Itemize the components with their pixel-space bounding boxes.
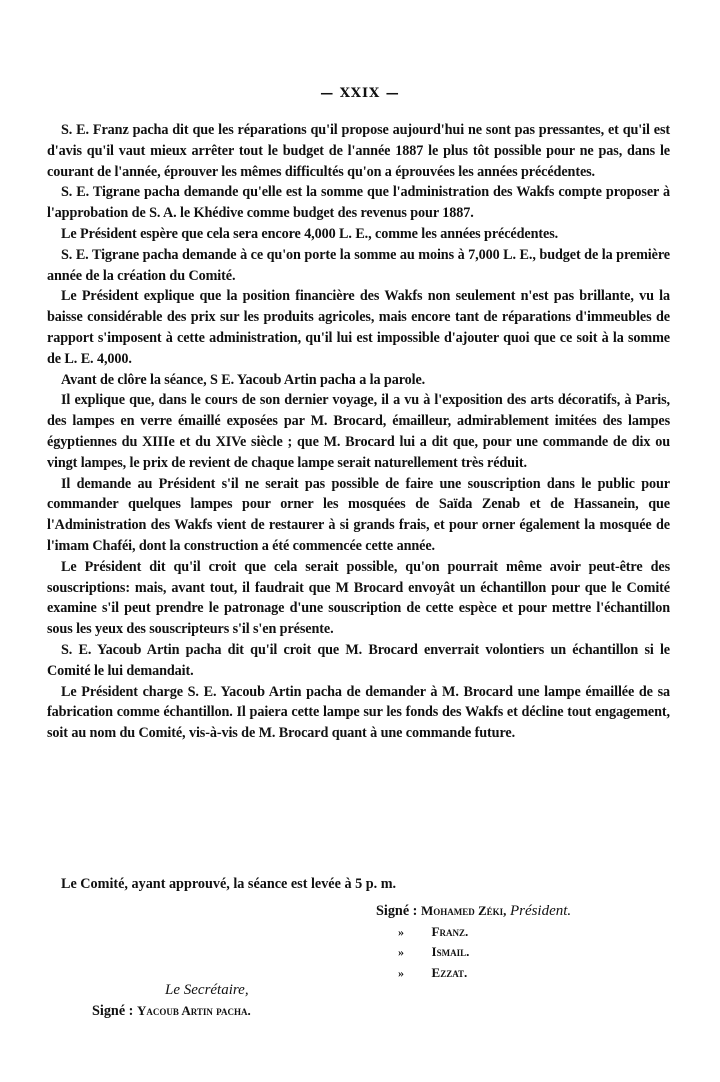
paragraph: Le Président espère que cela sera encore… [47, 224, 670, 245]
body-text: S. E. Franz pacha dit que les réparation… [47, 120, 670, 744]
paragraph: Il explique que, dans le cours de son de… [47, 390, 670, 473]
signature-prefix: Signé : [376, 903, 417, 919]
paragraph: S. E. Tigrane pacha demande à ce qu'on p… [47, 245, 670, 287]
ditto-mark: » [376, 925, 428, 940]
signature-prefix: Signé : [92, 1003, 133, 1019]
president-signature: Signé : Mohamed Zéki, Président. [376, 903, 571, 924]
paragraph: Le Président dit qu'il croit que cela se… [47, 557, 670, 640]
paragraph: S. E. Yacoub Artin pacha dit qu'il croit… [47, 640, 670, 682]
signature-line: » Franz. [376, 924, 571, 945]
signature-block: Signé : Mohamed Zéki, Président. » Franz… [376, 903, 571, 985]
secretary-signature: Signé : Yacoub Artin pacha. [92, 1003, 251, 1020]
signature-line: » Ezzat. [376, 965, 571, 986]
ditto-mark: » [376, 966, 428, 981]
secretary-title: Le Secrétaire, [165, 982, 249, 999]
paragraph: S. E. Franz pacha dit que les réparation… [47, 120, 670, 182]
closing-statement: Le Comité, ayant approuvé, la séance est… [61, 876, 396, 893]
signatory-name: Ezzat. [432, 965, 468, 980]
ditto-mark: » [376, 945, 428, 960]
signature-line: » Ismail. [376, 944, 571, 965]
paragraph: Il demande au Président s'il ne serait p… [47, 474, 670, 557]
signatory-name: Ismail. [432, 944, 470, 959]
signatory-name: Franz. [432, 924, 469, 939]
president-name: Mohamed Zéki, [421, 903, 506, 918]
secretary-name: Yacoub Artin pacha. [137, 1003, 251, 1018]
paragraph: Le Président charge S. E. Yacoub Artin p… [47, 682, 670, 744]
president-title: Président. [510, 903, 571, 919]
page-number: — XXIX — [0, 86, 720, 101]
paragraph: Le Président explique que la position fi… [47, 286, 670, 369]
paragraph: Avant de clôre la séance, S E. Yacoub Ar… [47, 370, 670, 391]
paragraph: S. E. Tigrane pacha demande qu'elle est … [47, 182, 670, 224]
